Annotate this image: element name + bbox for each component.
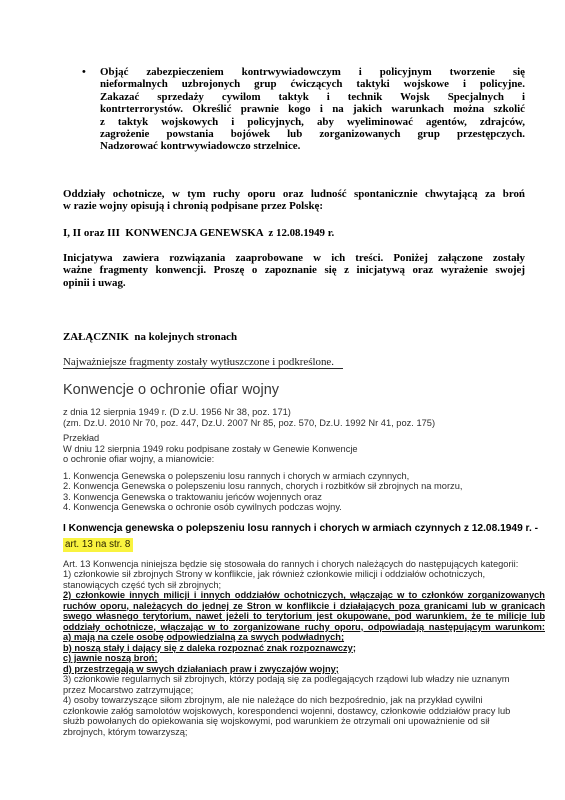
art13-item3-line: 3) członkowie regularnych sił zbrojnych,… — [63, 674, 545, 685]
art13-item2-line: swego własnego terytorium, nawet jeżeli … — [63, 611, 545, 622]
art13-condition-d: d) przestrzegają w swych działaniach pra… — [63, 664, 545, 675]
art13-item2-line: 2) członkowie innych milicji i innych od… — [63, 590, 545, 601]
przeklad-paragraph: Przekład W dniu 12 sierpnia 1949 roku po… — [63, 433, 545, 465]
paragraph-line: w razie wojny opisują i chronią podpisan… — [63, 200, 525, 212]
legal-references: z dnia 12 sierpnia 1949 r. (D z.U. 1956 … — [63, 407, 545, 428]
art13-item4-line: służb powołanych do opiekowania się wojs… — [63, 716, 545, 727]
art13-item3-line: przez Mocarstwo zatrzymujące; — [63, 685, 545, 696]
konwencje-title: Konwencje o ochronie ofiar wojny — [63, 382, 545, 398]
bullet-line: Nadzorować kontrwywiadowczo strzelnice. — [100, 140, 525, 152]
list-item: 1. Konwencja Genewska o polepszeniu losu… — [63, 471, 545, 482]
art13-item4-line: zbrojnych, którym towarzyszą; — [63, 727, 545, 738]
art13-highlight-line: art. 13 na str. 8 — [63, 535, 545, 552]
art13-item1-line: stanowiących część tych sił zbrojnych; — [63, 580, 545, 591]
bullet-line: Zakazać sprzedaży cywilom taktyk i techn… — [100, 91, 525, 103]
legal-reference-line: z dnia 12 sierpnia 1949 r. (D z.U. 1956 … — [63, 407, 545, 418]
bullet-line: z taktyk wojskowych i policyjnych, aby w… — [100, 116, 525, 128]
art13-item2-line: oddziały ochotnicze, włączając w to zorg… — [63, 622, 545, 633]
paragraph-oddzialy: Oddziały ochotnicze, w tym ruchy oporu o… — [63, 188, 525, 213]
legal-reference-line: (zm. Dz.U. 2010 Nr 70, poz. 447, Dz.U. 2… — [63, 418, 545, 429]
document-page: • Objąć zabezpieczeniem kontrwywiadowczy… — [0, 0, 565, 800]
przeklad-line: o ochronie ofiar wojny, a mianowicie: — [63, 454, 545, 465]
bullet-marker: • — [82, 66, 86, 78]
art13-intro: Art. 13 Konwencja niniejsza będzie się s… — [63, 559, 545, 570]
bullet-line: Objąć zabezpieczeniem kontrwywiadowczym … — [100, 66, 525, 78]
paragraph-inicjatywa: Inicjatywa zawiera rozwiązania zaaprobow… — [63, 252, 525, 289]
bullet-line: kontrterrorystów. Określić prawnie kogo … — [100, 103, 525, 115]
art13-item4-line: członkowie załóg samolotów wojskowych, k… — [63, 706, 545, 717]
paragraph-line: ważne fragmenty konwencji. Proszę o zapo… — [63, 264, 525, 276]
art13-condition-c: c) jawnie noszą broń; — [63, 653, 545, 664]
art13-section-heading: I Konwencja genewska o polepszeniu losu … — [63, 522, 545, 552]
art13-highlight: art. 13 na str. 8 — [63, 538, 133, 552]
serif-section: • Objąć zabezpieczeniem kontrwywiadowczy… — [63, 66, 525, 369]
najwazniejsze-note: Najważniejsze fragmenty zostały wytłuszc… — [63, 354, 525, 370]
art13-condition-a: a) mają na czele osobę odpowiedzialną za… — [63, 632, 545, 643]
bullet-line: zagrożenie powstania bojówek lub zorgani… — [100, 128, 525, 140]
konwencje-list: 1. Konwencja Genewska o polepszeniu losu… — [63, 471, 545, 513]
art13-body: Art. 13 Konwencja niniejsza będzie się s… — [63, 559, 545, 738]
paragraph-line: opinii i uwag. — [63, 277, 525, 289]
list-item: 2. Konwencja Genewska o polepszeniu losu… — [63, 481, 545, 492]
przeklad-line: W dniu 12 sierpnia 1949 roku podpisane z… — [63, 444, 545, 455]
sans-section: Konwencje o ochronie ofiar wojny z dnia … — [63, 382, 545, 737]
bullet-paragraph: • Objąć zabezpieczeniem kontrwywiadowczy… — [100, 66, 525, 153]
bullet-line: nieformalnych uzbrojonych grup ćwiczącyc… — [100, 78, 525, 90]
art13-condition-b: b) noszą stały i dający się z daleka roz… — [63, 643, 545, 654]
line-konwencja-genewska: I, II oraz III KONWENCJA GENEWSKA z 12.0… — [63, 227, 525, 239]
art13-item1-line: 1) członkowie sił zbrojnych Strony w kon… — [63, 569, 545, 580]
list-item: 3. Konwencja Genewska o traktowaniu jeńc… — [63, 492, 545, 503]
paragraph-line: Oddziały ochotnicze, w tym ruchy oporu o… — [63, 188, 525, 200]
art13-heading-text: I Konwencja genewska o polepszeniu losu … — [63, 522, 545, 535]
paragraph-line: Inicjatywa zawiera rozwiązania zaaprobow… — [63, 252, 525, 264]
art13-item4-line: 4) osoby towarzyszące siłom zbrojnym, al… — [63, 695, 545, 706]
list-item: 4. Konwencja Genewska o ochronie osób cy… — [63, 502, 545, 513]
przeklad-line: Przekład — [63, 433, 545, 444]
zalacznik-heading: ZAŁĄCZNIK na kolejnych stronach — [63, 331, 525, 343]
art13-item2-line: ruchów oporu, należących do jednej ze St… — [63, 601, 545, 612]
underlined-note-text: Najważniejsze fragmenty zostały wytłuszc… — [63, 356, 343, 369]
